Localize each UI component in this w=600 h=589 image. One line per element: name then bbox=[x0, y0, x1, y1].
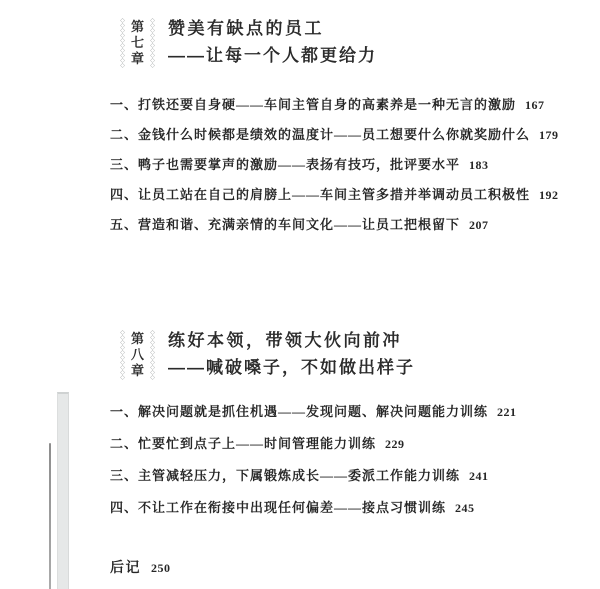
toc-entry-text: 二、金钱什么时候都是绩效的温度计——员工想要什么你就奖励什么 bbox=[110, 127, 530, 142]
toc-entry-text: 四、不让工作在衔接中出现任何偏差——接点习惯训练 bbox=[110, 500, 446, 515]
chapter-8-title: 练好本领，带领大伙向前冲 bbox=[168, 328, 415, 354]
toc-entry: 四、不让工作在衔接中出现任何偏差——接点习惯训练245 bbox=[110, 499, 572, 517]
chapter-8-header: ◇◇◇◇◇◇◇◇◇◇ 第八章 ◇◇◇◇◇◇◇◇◇◇ 练好本领，带领大伙向前冲 —… bbox=[119, 328, 415, 381]
chapter-7-label: 第七章 bbox=[130, 19, 145, 67]
toc-entry-text: 三、主管减轻压力，下属锻炼成长——委派工作能力训练 bbox=[110, 468, 460, 483]
chapter-7-header: ◇◇◇◇◇◇◇◇◇◇ 第七章 ◇◇◇◇◇◇◇◇◇◇ 赞美有缺点的员工 ——让每一… bbox=[119, 16, 377, 69]
toc-entry-page: 183 bbox=[469, 158, 489, 172]
chapter-7-toc-list: 一、打铁还要自身硬——车间主管自身的高素养是一种无言的激励167 二、金钱什么时… bbox=[110, 96, 572, 246]
chapter-7-subtitle: ——让每一个人都更给力 bbox=[168, 43, 377, 69]
toc-entry-page: 245 bbox=[455, 501, 475, 515]
chapter-8-label: 第八章 bbox=[130, 331, 145, 379]
toc-entry-page: 241 bbox=[469, 469, 489, 483]
toc-entry: 一、解决问题就是抓住机遇——发现问题、解决问题能力训练221 bbox=[110, 403, 572, 421]
page-edge-line bbox=[49, 443, 51, 589]
toc-entry-text: 二、忙要忙到点子上——时间管理能力训练 bbox=[110, 436, 376, 451]
toc-entry-page: 179 bbox=[539, 128, 559, 142]
book-toc-page: ◇◇◇◇◇◇◇◇◇◇ 第七章 ◇◇◇◇◇◇◇◇◇◇ 赞美有缺点的员工 ——让每一… bbox=[0, 0, 600, 589]
afterword-entry: 后记250 bbox=[110, 557, 171, 577]
afterword-label: 后记 bbox=[110, 561, 141, 576]
toc-entry: 三、主管减轻压力，下属锻炼成长——委派工作能力训练241 bbox=[110, 467, 572, 485]
toc-entry-page: 167 bbox=[525, 98, 545, 112]
chapter-8-titles: 练好本领，带领大伙向前冲 ——喊破嗓子，不如做出样子 bbox=[168, 328, 415, 381]
toc-entry-text: 五、营造和谐、充满亲情的车间文化——让员工把根留下 bbox=[110, 217, 460, 232]
diamond-ornament-icon: ◇◇◇◇◇◇◇◇◇◇ bbox=[119, 18, 126, 68]
toc-entry-text: 一、解决问题就是抓住机遇——发现问题、解决问题能力训练 bbox=[110, 404, 488, 419]
chapter-7-title: 赞美有缺点的员工 bbox=[168, 16, 377, 42]
chapter-8-subtitle: ——喊破嗓子，不如做出样子 bbox=[168, 355, 415, 381]
diamond-ornament-icon: ◇◇◇◇◇◇◇◇◇◇ bbox=[119, 330, 126, 380]
toc-entry: 四、让员工站在自己的肩膀上——车间主管多措并举调动员工积极性192 bbox=[110, 186, 572, 204]
toc-entry-page: 192 bbox=[539, 188, 559, 202]
diamond-ornament-icon: ◇◇◇◇◇◇◇◇◇◇ bbox=[149, 18, 156, 68]
toc-entry: 五、营造和谐、充满亲情的车间文化——让员工把根留下207 bbox=[110, 216, 572, 234]
afterword-page: 250 bbox=[151, 561, 171, 575]
toc-entry: 二、金钱什么时候都是绩效的温度计——员工想要什么你就奖励什么179 bbox=[110, 126, 572, 144]
toc-entry-page: 207 bbox=[469, 218, 489, 232]
toc-entry-text: 四、让员工站在自己的肩膀上——车间主管多措并举调动员工积极性 bbox=[110, 187, 530, 202]
page-edge-strip bbox=[57, 392, 69, 589]
chapter-7-titles: 赞美有缺点的员工 ——让每一个人都更给力 bbox=[168, 16, 377, 69]
chapter-8-badge: ◇◇◇◇◇◇◇◇◇◇ 第八章 ◇◇◇◇◇◇◇◇◇◇ bbox=[119, 330, 156, 380]
toc-entry-page: 229 bbox=[385, 437, 405, 451]
chapter-8-toc-list: 一、解决问题就是抓住机遇——发现问题、解决问题能力训练221 二、忙要忙到点子上… bbox=[110, 403, 572, 531]
toc-entry: 一、打铁还要自身硬——车间主管自身的高素养是一种无言的激励167 bbox=[110, 96, 572, 114]
toc-entry: 二、忙要忙到点子上——时间管理能力训练229 bbox=[110, 435, 572, 453]
toc-entry-text: 三、鸭子也需要掌声的激励——表扬有技巧，批评要水平 bbox=[110, 157, 460, 172]
diamond-ornament-icon: ◇◇◇◇◇◇◇◇◇◇ bbox=[149, 330, 156, 380]
toc-entry-page: 221 bbox=[497, 405, 517, 419]
chapter-7-badge: ◇◇◇◇◇◇◇◇◇◇ 第七章 ◇◇◇◇◇◇◇◇◇◇ bbox=[119, 18, 156, 68]
toc-entry: 三、鸭子也需要掌声的激励——表扬有技巧，批评要水平183 bbox=[110, 156, 572, 174]
toc-entry-text: 一、打铁还要自身硬——车间主管自身的高素养是一种无言的激励 bbox=[110, 97, 516, 112]
